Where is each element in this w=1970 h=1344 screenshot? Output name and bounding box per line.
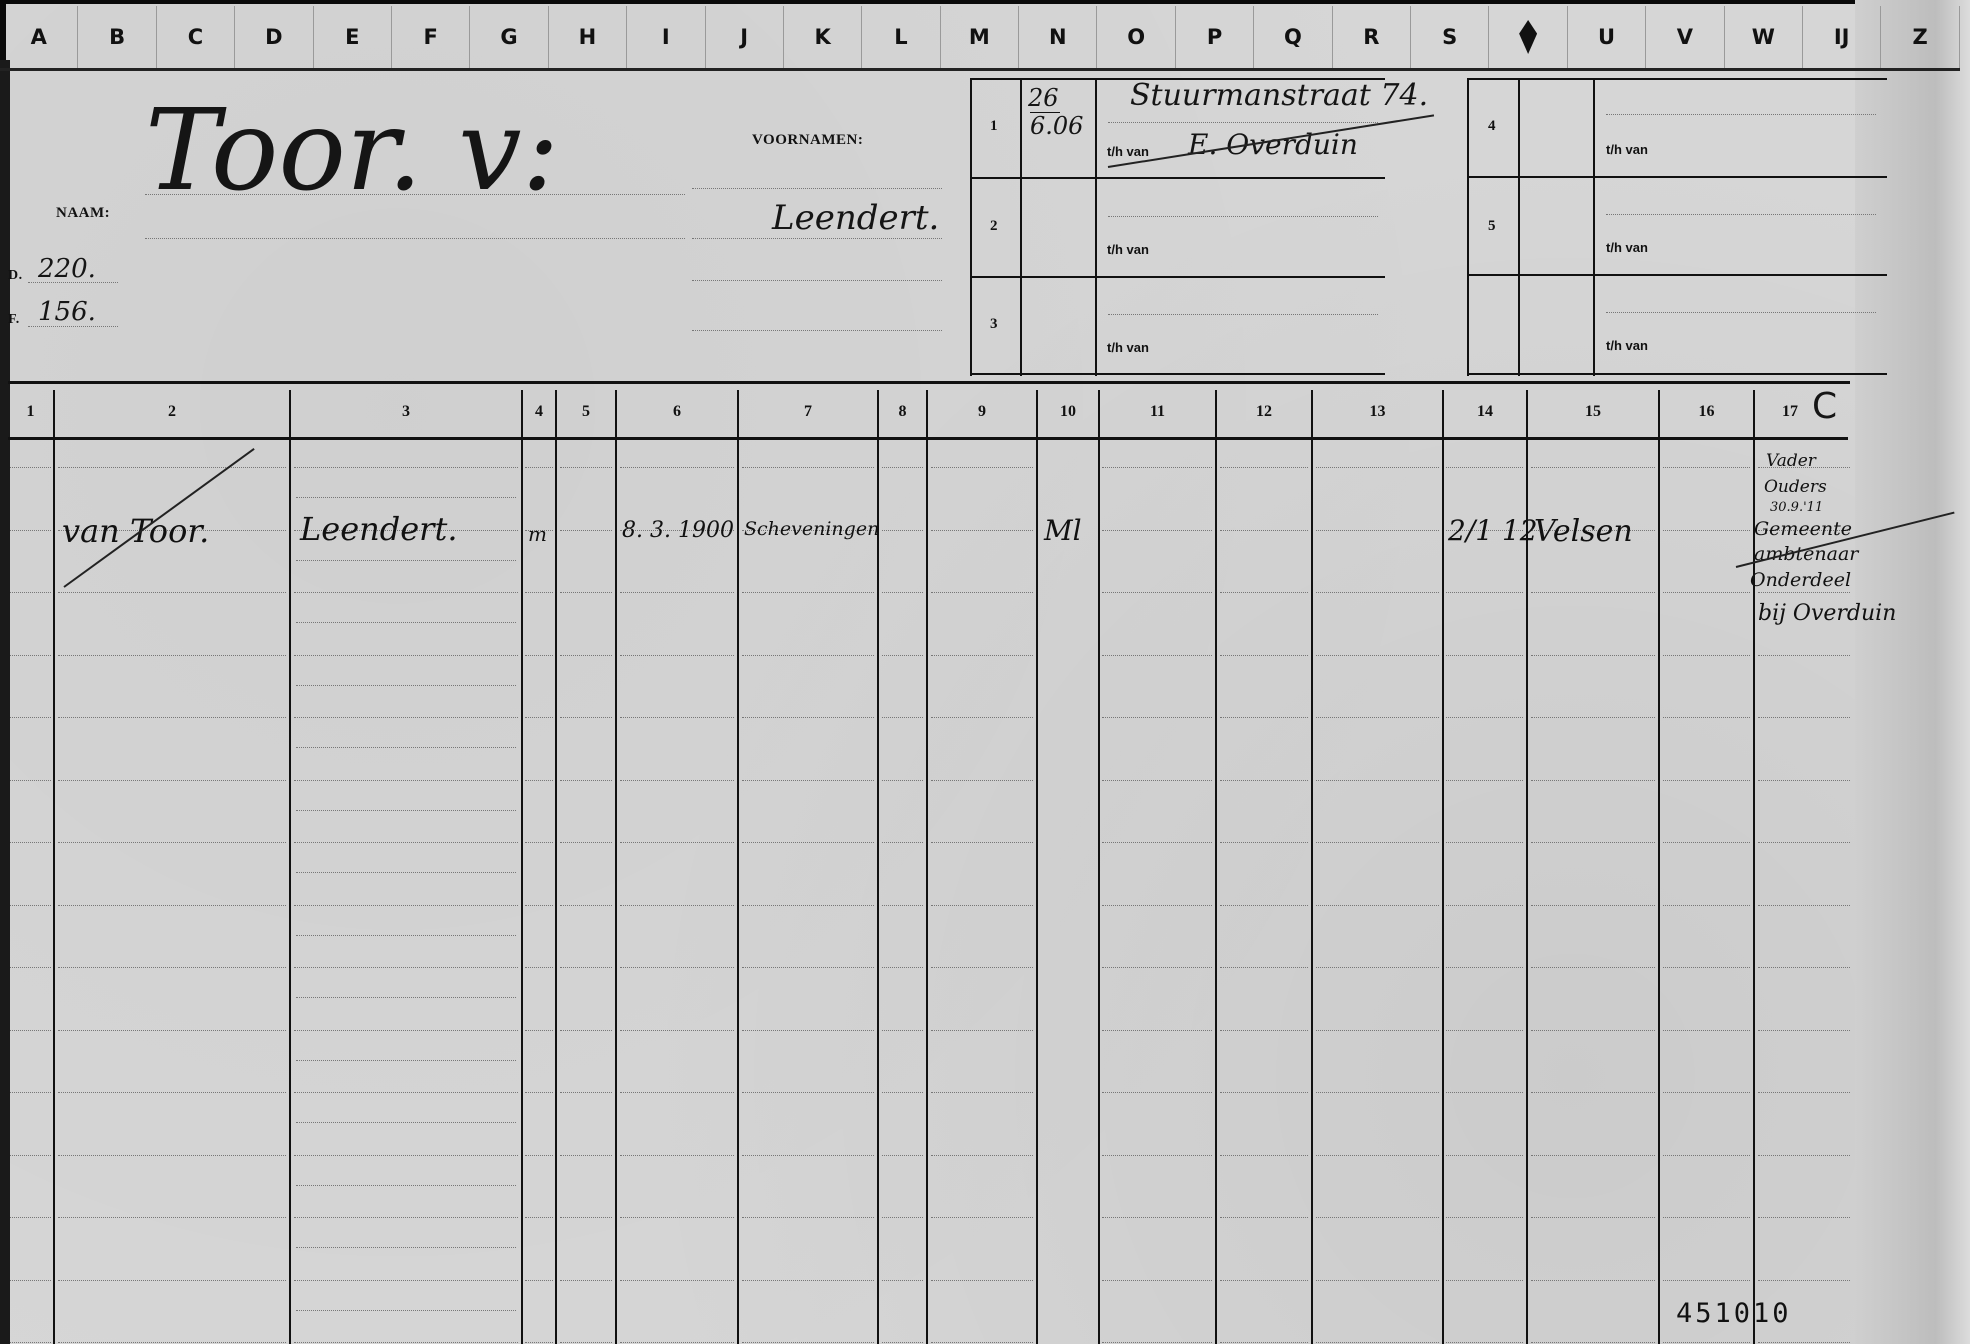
- remark-line-6: Onderdeel: [1750, 566, 1950, 594]
- ruling-line: [1758, 655, 1850, 656]
- voornamen-dotline-3: [692, 280, 942, 281]
- remark-line-7: bij Overduin: [1758, 594, 1958, 634]
- ruling-line: [742, 967, 874, 968]
- ruling-line: [1531, 467, 1655, 468]
- ruling-line: [882, 1155, 923, 1156]
- ruling-line: [882, 717, 923, 718]
- ruling-line: [560, 655, 612, 656]
- ruling-line-sub: [296, 1060, 516, 1061]
- ruling-line: [1446, 1217, 1523, 1218]
- ruling-line: [882, 1217, 923, 1218]
- naam-value: Toor. v:: [145, 95, 559, 207]
- f-label: F.: [8, 312, 20, 328]
- ruling-line: [1220, 467, 1308, 468]
- ruling-line: [1220, 717, 1308, 718]
- ruling-line: [742, 717, 874, 718]
- ruling-line: [1758, 1092, 1850, 1093]
- ruling-line: [294, 1092, 518, 1093]
- ruling-line: [620, 780, 734, 781]
- ruling-line: [931, 842, 1033, 843]
- ruling-line: [1531, 905, 1655, 906]
- ruling-line: [931, 655, 1033, 656]
- ruling-line: [620, 655, 734, 656]
- ruling-line: [58, 905, 286, 906]
- col-header-5: 5: [557, 388, 615, 436]
- ruling-line: [1316, 655, 1439, 656]
- ruling-line: [882, 1030, 923, 1031]
- col-header-15: 15: [1528, 388, 1658, 436]
- ruling-line: [1102, 467, 1212, 468]
- d-dotline: [28, 282, 118, 283]
- ruling-line: [525, 1092, 553, 1093]
- ruling-line: [1316, 592, 1439, 593]
- ruling-line: [294, 780, 518, 781]
- ruling-line: [1531, 1342, 1655, 1343]
- tab-d[interactable]: D: [235, 6, 313, 68]
- ruling-line: [1316, 1217, 1439, 1218]
- ruling-line: [10, 1030, 51, 1031]
- ruling-line: [1220, 967, 1308, 968]
- ruling-line: [1316, 717, 1439, 718]
- ruling-line: [525, 717, 553, 718]
- tab-l[interactable]: L: [862, 6, 940, 68]
- ruling-line: [742, 1155, 874, 1156]
- ruling-line: [1663, 467, 1750, 468]
- ruling-line: [560, 1217, 612, 1218]
- voornamen-dotline-4: [692, 330, 942, 331]
- col-header-3: 3: [291, 388, 521, 436]
- ruling-line: [1531, 780, 1655, 781]
- ruling-line: [620, 467, 734, 468]
- ruling-line: [882, 842, 923, 843]
- ruling-line: [620, 1092, 734, 1093]
- ruling-line: [58, 1092, 286, 1093]
- ruling-line: [1102, 1030, 1212, 1031]
- cell-given-name: Leendert.: [300, 510, 457, 548]
- ruling-line: [525, 1342, 553, 1343]
- ruling-line: [560, 592, 612, 593]
- ruling-line: [1220, 1280, 1308, 1281]
- ruling-line: [1446, 842, 1523, 843]
- ruling-line: [620, 967, 734, 968]
- ruling-line: [1531, 967, 1655, 968]
- ruling-line: [1102, 905, 1212, 906]
- ruling-line: [1102, 530, 1212, 531]
- tab-m[interactable]: M: [941, 6, 1019, 68]
- ruling-line: [1220, 905, 1308, 906]
- ruling-line-sub: [296, 560, 516, 561]
- ruling-line: [931, 592, 1033, 593]
- ruling-line-sub: [296, 1122, 516, 1123]
- ruling-line: [58, 1280, 286, 1281]
- voornamen-value: Leendert.: [772, 198, 939, 238]
- ruling-line: [742, 1030, 874, 1031]
- ruling-line: [620, 717, 734, 718]
- ruling-line-sub: [296, 622, 516, 623]
- ruling-line: [58, 1217, 286, 1218]
- ruling-line: [58, 842, 286, 843]
- address-2-th-label: t/h van: [1107, 242, 1149, 257]
- ruling-line: [1663, 592, 1750, 593]
- ruling-line: [931, 717, 1033, 718]
- ruling-line: [1446, 717, 1523, 718]
- ruling-line: [1220, 655, 1308, 656]
- ruling-line: [525, 842, 553, 843]
- tab-g[interactable]: G: [470, 6, 548, 68]
- ruling-line: [1102, 1280, 1212, 1281]
- ruling-line: [525, 1280, 553, 1281]
- ruling-line-sub: [296, 685, 516, 686]
- ruling-line: [294, 1342, 518, 1343]
- ruling-line: [742, 780, 874, 781]
- address-1-date-month-year: 6.06: [1030, 112, 1083, 140]
- address-no-4: 4: [1488, 118, 1496, 135]
- tab-n[interactable]: N: [1019, 6, 1097, 68]
- ruling-line: [1663, 655, 1750, 656]
- ruling-line: [1531, 592, 1655, 593]
- tab-s[interactable]: S: [1411, 6, 1489, 68]
- ruling-line: [58, 1155, 286, 1156]
- ruling-line: [10, 1155, 51, 1156]
- ruling-line-sub: [296, 1310, 516, 1311]
- naam-dotline-2: [145, 238, 685, 239]
- remark-line-3: 30.9.'11: [1770, 500, 1970, 516]
- ruling-line: [560, 967, 612, 968]
- ruling-line: [620, 905, 734, 906]
- card-edge: [1855, 0, 1970, 1344]
- ruling-line: [1316, 1030, 1439, 1031]
- ruling-line: [525, 1030, 553, 1031]
- ruling-line: [1102, 655, 1212, 656]
- ruling-line: [525, 905, 553, 906]
- ruling-line: [1758, 905, 1850, 906]
- ruling-line: [931, 530, 1033, 531]
- ruling-line: [58, 592, 286, 593]
- ruling-line-sub: [296, 1185, 516, 1186]
- ruling-line: [1102, 1217, 1212, 1218]
- ruling-line: [1220, 530, 1308, 531]
- col-header-4: 4: [523, 388, 555, 436]
- d-label: D.: [8, 268, 23, 284]
- ruling-line: [560, 530, 612, 531]
- ruling-line: [294, 1280, 518, 1281]
- voornamen-dotline-1: [692, 188, 942, 189]
- cell-birth-place: Scheveningen: [744, 518, 879, 540]
- address-1-dotline: [1108, 122, 1378, 123]
- naam-label: NAAM:: [56, 205, 110, 222]
- ruling-line: [10, 592, 51, 593]
- address-no-3: 3: [990, 316, 998, 333]
- ruling-line: [742, 1280, 874, 1281]
- tab-w[interactable]: W: [1725, 6, 1803, 68]
- ruling-line: [742, 1217, 874, 1218]
- ruling-line: [931, 1342, 1033, 1343]
- ruling-line: [1316, 780, 1439, 781]
- tab-o[interactable]: O: [1097, 6, 1175, 68]
- ruling-line: [742, 467, 874, 468]
- ruling-line: [294, 842, 518, 843]
- ruling-line: [1446, 1092, 1523, 1093]
- col-header-1: 1: [8, 388, 53, 436]
- col-header-10: 10: [1038, 388, 1098, 436]
- ruling-line-sub: [296, 747, 516, 748]
- ruling-line: [525, 967, 553, 968]
- ruling-line: [1663, 717, 1750, 718]
- ruling-line: [294, 1030, 518, 1031]
- ruling-line: [10, 1342, 51, 1343]
- ruling-line: [742, 905, 874, 906]
- ruling-line: [742, 655, 874, 656]
- col-header-12: 12: [1217, 388, 1311, 436]
- ruling-line: [1446, 905, 1523, 906]
- ruling-line: [1220, 1155, 1308, 1156]
- ruling-line: [1446, 1030, 1523, 1031]
- ruling-line: [1102, 717, 1212, 718]
- tab-b[interactable]: B: [78, 6, 156, 68]
- ruling-line-sub: [296, 1247, 516, 1248]
- ruling-line: [1663, 842, 1750, 843]
- ruling-line: [560, 842, 612, 843]
- ruling-line: [1446, 655, 1523, 656]
- ruling-line: [1220, 1092, 1308, 1093]
- cell-birth-date: 8. 3. 1900: [622, 518, 734, 543]
- ruling-line: [1531, 1092, 1655, 1093]
- ruling-line: [1446, 1280, 1523, 1281]
- cell-destination: Velsen: [1534, 514, 1633, 549]
- ruling-line: [1663, 1155, 1750, 1156]
- ruling-line: [931, 967, 1033, 968]
- ruling-line: [1316, 1155, 1439, 1156]
- ruling-line: [1220, 592, 1308, 593]
- ruling-line-sub: [296, 997, 516, 998]
- ruling-line: [10, 1280, 51, 1281]
- ruling-line: [1758, 842, 1850, 843]
- ruling-line: [1220, 1217, 1308, 1218]
- tab-z[interactable]: Z: [1881, 6, 1959, 68]
- remark-line-2: Ouders: [1764, 474, 1964, 500]
- ruling-line: [1102, 967, 1212, 968]
- card-shadow-left: [0, 60, 10, 1344]
- ruling-line: [294, 967, 518, 968]
- ruling-line: [560, 905, 612, 906]
- address-1-th-label: t/h van: [1107, 144, 1149, 159]
- tab-v[interactable]: V: [1646, 6, 1724, 68]
- ruling-line: [560, 1342, 612, 1343]
- tab-e[interactable]: E: [314, 6, 392, 68]
- cell-surname: van Toor.: [62, 512, 209, 550]
- ruling-line: [882, 1092, 923, 1093]
- ruling-line: [620, 1217, 734, 1218]
- ruling-line: [525, 655, 553, 656]
- ruling-line: [1102, 1342, 1212, 1343]
- ruling-line: [1663, 905, 1750, 906]
- address-3-dotline: [1108, 314, 1378, 315]
- naam-dotline-1: [145, 194, 685, 195]
- ruling-line: [1758, 1280, 1850, 1281]
- ruling-line: [1531, 842, 1655, 843]
- ruling-line: [620, 592, 734, 593]
- ruling-line: [1102, 1155, 1212, 1156]
- tab-c[interactable]: C: [157, 6, 235, 68]
- col-header-16: 16: [1660, 388, 1753, 436]
- ruling-line: [1531, 1280, 1655, 1281]
- ruling-line: [931, 1030, 1033, 1031]
- ruling-line: [1220, 780, 1308, 781]
- ruling-line: [525, 592, 553, 593]
- address-1-date-day: 26: [1028, 84, 1059, 112]
- address-2-dotline: [1108, 216, 1378, 217]
- diamond-marker-icon: [1519, 20, 1537, 54]
- ruling-line: [1446, 592, 1523, 593]
- tab-u[interactable]: U: [1568, 6, 1646, 68]
- col-header-11: 11: [1100, 388, 1215, 436]
- address-4-th-label: t/h van: [1606, 142, 1648, 157]
- tab-ij[interactable]: IJ: [1803, 6, 1881, 68]
- table-top-rule: [8, 381, 1850, 384]
- ruling-line: [10, 780, 51, 781]
- ruling-line: [882, 967, 923, 968]
- ruling-line: [1663, 530, 1750, 531]
- ruling-line: [931, 1280, 1033, 1281]
- ruling-line: [294, 1155, 518, 1156]
- ruling-line: [10, 905, 51, 906]
- ruling-line: [1102, 842, 1212, 843]
- ruling-line: [1758, 717, 1850, 718]
- ruling-line: [1531, 1155, 1655, 1156]
- col-17-mark: C: [1812, 386, 1837, 427]
- ruling-line: [882, 530, 923, 531]
- ruling-line: [1531, 1217, 1655, 1218]
- tab-t-marker[interactable]: [1489, 6, 1567, 68]
- ruling-line: [10, 1092, 51, 1093]
- ruling-line: [742, 1342, 874, 1343]
- address-5-th-label: t/h van: [1606, 240, 1648, 255]
- ruling-line: [10, 967, 51, 968]
- ruling-line: [1316, 467, 1439, 468]
- ruling-line: [931, 467, 1033, 468]
- ruling-line: [620, 1280, 734, 1281]
- ruling-line: [1316, 1342, 1439, 1343]
- tab-h[interactable]: H: [549, 6, 627, 68]
- col-header-14: 14: [1444, 388, 1526, 436]
- ruling-line: [1220, 1030, 1308, 1031]
- ruling-line: [294, 1217, 518, 1218]
- ruling-line: [560, 1155, 612, 1156]
- ruling-line: [525, 1155, 553, 1156]
- ruling-line: [1531, 717, 1655, 718]
- ruling-line: [882, 592, 923, 593]
- address-3-th-label: t/h van: [1107, 340, 1149, 355]
- address-no-2: 2: [990, 218, 998, 235]
- address-6-th-label: t/h van: [1606, 338, 1648, 353]
- address-1-street: Stuurmanstraat 74.: [1130, 78, 1428, 113]
- tab-k[interactable]: K: [784, 6, 862, 68]
- ruling-line: [1220, 1342, 1308, 1343]
- ruling-line: [10, 717, 51, 718]
- ruling-line: [10, 467, 51, 468]
- ruling-line: [1220, 842, 1308, 843]
- tab-i[interactable]: I: [627, 6, 705, 68]
- ruling-line: [620, 1342, 734, 1343]
- ruling-line: [1102, 1092, 1212, 1093]
- ruling-line: [10, 655, 51, 656]
- archive-number-stamp: 451010: [1676, 1298, 1792, 1329]
- ruling-line: [294, 467, 518, 468]
- ruling-line: [1316, 842, 1439, 843]
- remark-line-1: Vader: [1766, 448, 1966, 474]
- ruling-line: [560, 1092, 612, 1093]
- col-header-2: 2: [55, 388, 289, 436]
- ruling-line: [882, 1342, 923, 1343]
- ruling-line: [560, 1280, 612, 1281]
- ruling-line: [525, 467, 553, 468]
- tab-j[interactable]: J: [706, 6, 784, 68]
- ruling-line: [620, 1030, 734, 1031]
- ruling-line: [1663, 1342, 1750, 1343]
- ruling-line: [58, 717, 286, 718]
- ruling-line: [742, 1092, 874, 1093]
- ruling-line: [1758, 1217, 1850, 1218]
- f-dotline: [28, 326, 118, 327]
- table-header-rule: [8, 437, 1848, 440]
- ruling-line: [294, 592, 518, 593]
- f-value: 156.: [38, 297, 96, 327]
- address-6-dotline: [1606, 312, 1876, 313]
- tab-q[interactable]: Q: [1254, 6, 1332, 68]
- ruling-line: [294, 717, 518, 718]
- ruling-line: [882, 905, 923, 906]
- ruling-line: [1758, 780, 1850, 781]
- ruling-line: [1663, 967, 1750, 968]
- tab-f[interactable]: F: [392, 6, 470, 68]
- address-4-dotline: [1606, 114, 1876, 115]
- ruling-line: [1316, 1280, 1439, 1281]
- ruling-line: [294, 905, 518, 906]
- ruling-line: [1102, 592, 1212, 593]
- cell-departure-date: 2/1 12: [1448, 514, 1538, 547]
- ruling-line: [882, 655, 923, 656]
- alphabet-index-tabs: A B C D E F G H I J K L M N O P Q R S U …: [0, 6, 1960, 68]
- ruling-line-sub: [296, 872, 516, 873]
- voornamen-dotline-2: [692, 238, 942, 239]
- ruling-line: [10, 530, 51, 531]
- cell-remarks: Vader Ouders 30.9.'11 Gemeente ambtenaar…: [1746, 448, 1946, 634]
- ruling-line: [1758, 1030, 1850, 1031]
- tab-p[interactable]: P: [1176, 6, 1254, 68]
- ruling-line: [10, 1217, 51, 1218]
- cell-religion: Ml: [1044, 514, 1082, 547]
- ruling-line: [620, 842, 734, 843]
- ruling-line: [1446, 1155, 1523, 1156]
- ruling-line: [58, 1342, 286, 1343]
- ruling-line: [1446, 780, 1523, 781]
- ruling-line: [1316, 905, 1439, 906]
- col-header-13: 13: [1313, 388, 1442, 436]
- ruling-line: [1758, 1342, 1850, 1343]
- ruling-line: [58, 655, 286, 656]
- ruling-line: [882, 1280, 923, 1281]
- ruling-line: [1446, 1342, 1523, 1343]
- col-header-6: 6: [617, 388, 737, 436]
- ruling-line: [931, 1217, 1033, 1218]
- ruling-line: [58, 780, 286, 781]
- tab-a[interactable]: A: [0, 6, 78, 68]
- address-no-1: 1: [990, 118, 998, 135]
- ruling-line: [1316, 967, 1439, 968]
- ruling-line: [58, 467, 286, 468]
- tab-r[interactable]: R: [1333, 6, 1411, 68]
- ruling-line: [560, 780, 612, 781]
